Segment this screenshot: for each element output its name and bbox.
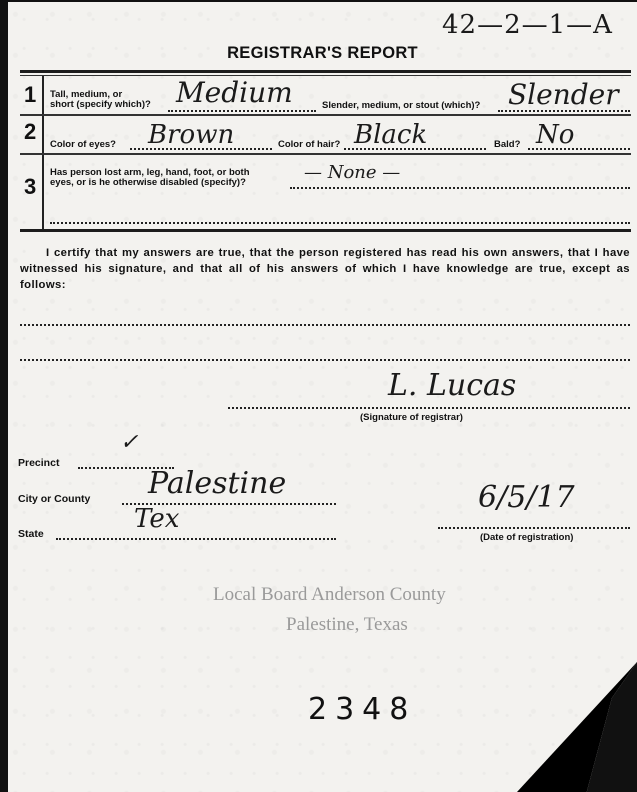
registrar-signature: L. Lucas <box>388 368 516 403</box>
disabled-answer-line <box>290 187 630 189</box>
bald-label: Bald? <box>494 140 520 150</box>
state-label: State <box>18 529 44 539</box>
top-rule <box>20 70 631 73</box>
registration-card: 42—2—1—A REGISTRAR'S REPORT 1 Tall, medi… <box>8 2 637 792</box>
row-2-rule <box>20 153 631 155</box>
local-board-stamp-line2: Palestine, Texas <box>286 614 408 636</box>
build-answer: Slender <box>508 78 619 111</box>
precinct-answer: ✓ <box>120 430 138 455</box>
signature-line <box>228 407 630 409</box>
exceptions-line-2 <box>20 359 630 361</box>
date-line <box>438 527 630 529</box>
row-3-rule <box>20 229 631 232</box>
document-title: REGISTRAR'S REPORT <box>8 44 637 63</box>
date-caption: (Date of registration) <box>480 532 573 543</box>
disabled-answer-line-2 <box>50 222 630 224</box>
local-board-stamp-line1: Local Board Anderson County <box>213 584 446 606</box>
signature-caption: (Signature of registrar) <box>360 412 463 423</box>
row-number-1: 1 <box>24 82 36 108</box>
certification-text: I certify that my answers are true, that… <box>20 245 630 293</box>
hair-label: Color of hair? <box>278 140 340 150</box>
height-answer-line <box>168 110 316 112</box>
city-label: City or County <box>18 494 90 504</box>
height-label-line2: short (specify which)? <box>50 100 151 110</box>
disabled-answer: — None — <box>304 162 400 183</box>
precinct-label: Precinct <box>18 458 59 468</box>
card-number: 2348 <box>308 692 416 727</box>
state-line <box>56 538 336 540</box>
eyes-answer: Brown <box>148 120 234 150</box>
height-answer: Medium <box>176 76 293 109</box>
row-number-3: 3 <box>24 174 36 200</box>
serial-number: 42—2—1—A <box>442 10 613 40</box>
scan-corner-shadow <box>517 662 637 792</box>
city-answer: Palestine <box>148 466 286 501</box>
row-number-2: 2 <box>24 119 36 145</box>
top-rule-thin <box>20 75 631 76</box>
build-label: Slender, medium, or stout (which)? <box>322 101 480 111</box>
state-answer: Tex <box>134 504 179 534</box>
exceptions-line-1 <box>20 324 630 326</box>
hair-answer: Black <box>354 120 427 150</box>
row-1-rule <box>20 114 631 116</box>
disabled-label-line2: eyes, or is he otherwise disabled (speci… <box>50 178 246 188</box>
registration-date: 6/5/17 <box>478 480 575 515</box>
eyes-label: Color of eyes? <box>50 140 116 150</box>
bald-answer: No <box>536 120 574 150</box>
